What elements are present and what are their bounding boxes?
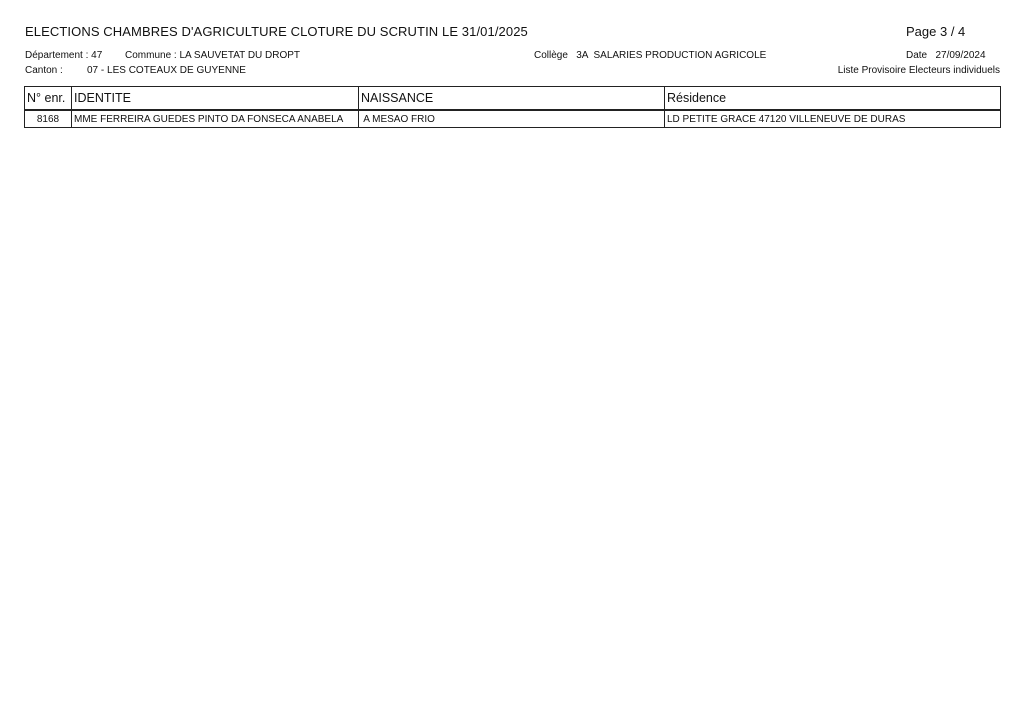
electors-table: N° enr. IDENTITE NAISSANCE Résidence 816… [24,86,1001,128]
table-row: 8168 MME FERREIRA GUEDES PINTO DA FONSEC… [25,110,1001,128]
cell-naissance: A MESAO FRIO [359,110,665,128]
cell-num: 8168 [25,110,72,128]
document-title: ELECTIONS CHAMBRES D'AGRICULTURE CLOTURE… [25,24,528,39]
departement: Département : 47 [25,50,102,61]
column-header-residence: Résidence [665,87,1001,111]
column-header-naissance: NAISSANCE [359,87,665,111]
canton-label: Canton : [25,65,63,76]
table-header-row: N° enr. IDENTITE NAISSANCE Résidence [25,87,1001,111]
list-type: Liste Provisoire Electeurs individuels [838,65,1000,76]
canton-value: 07 - LES COTEAUX DE GUYENNE [87,65,246,76]
column-header-identite: IDENTITE [72,87,359,111]
cell-residence: LD PETITE GRACE 47120 VILLENEUVE DE DURA… [665,110,1001,128]
list-date: Date 27/09/2024 [906,50,986,61]
commune: Commune : LA SAUVETAT DU DROPT [125,50,300,61]
column-header-num: N° enr. [25,87,72,111]
page-number: Page 3 / 4 [906,24,965,39]
cell-identite: MME FERREIRA GUEDES PINTO DA FONSECA ANA… [72,110,359,128]
college: Collège 3A SALARIES PRODUCTION AGRICOLE [534,50,766,61]
